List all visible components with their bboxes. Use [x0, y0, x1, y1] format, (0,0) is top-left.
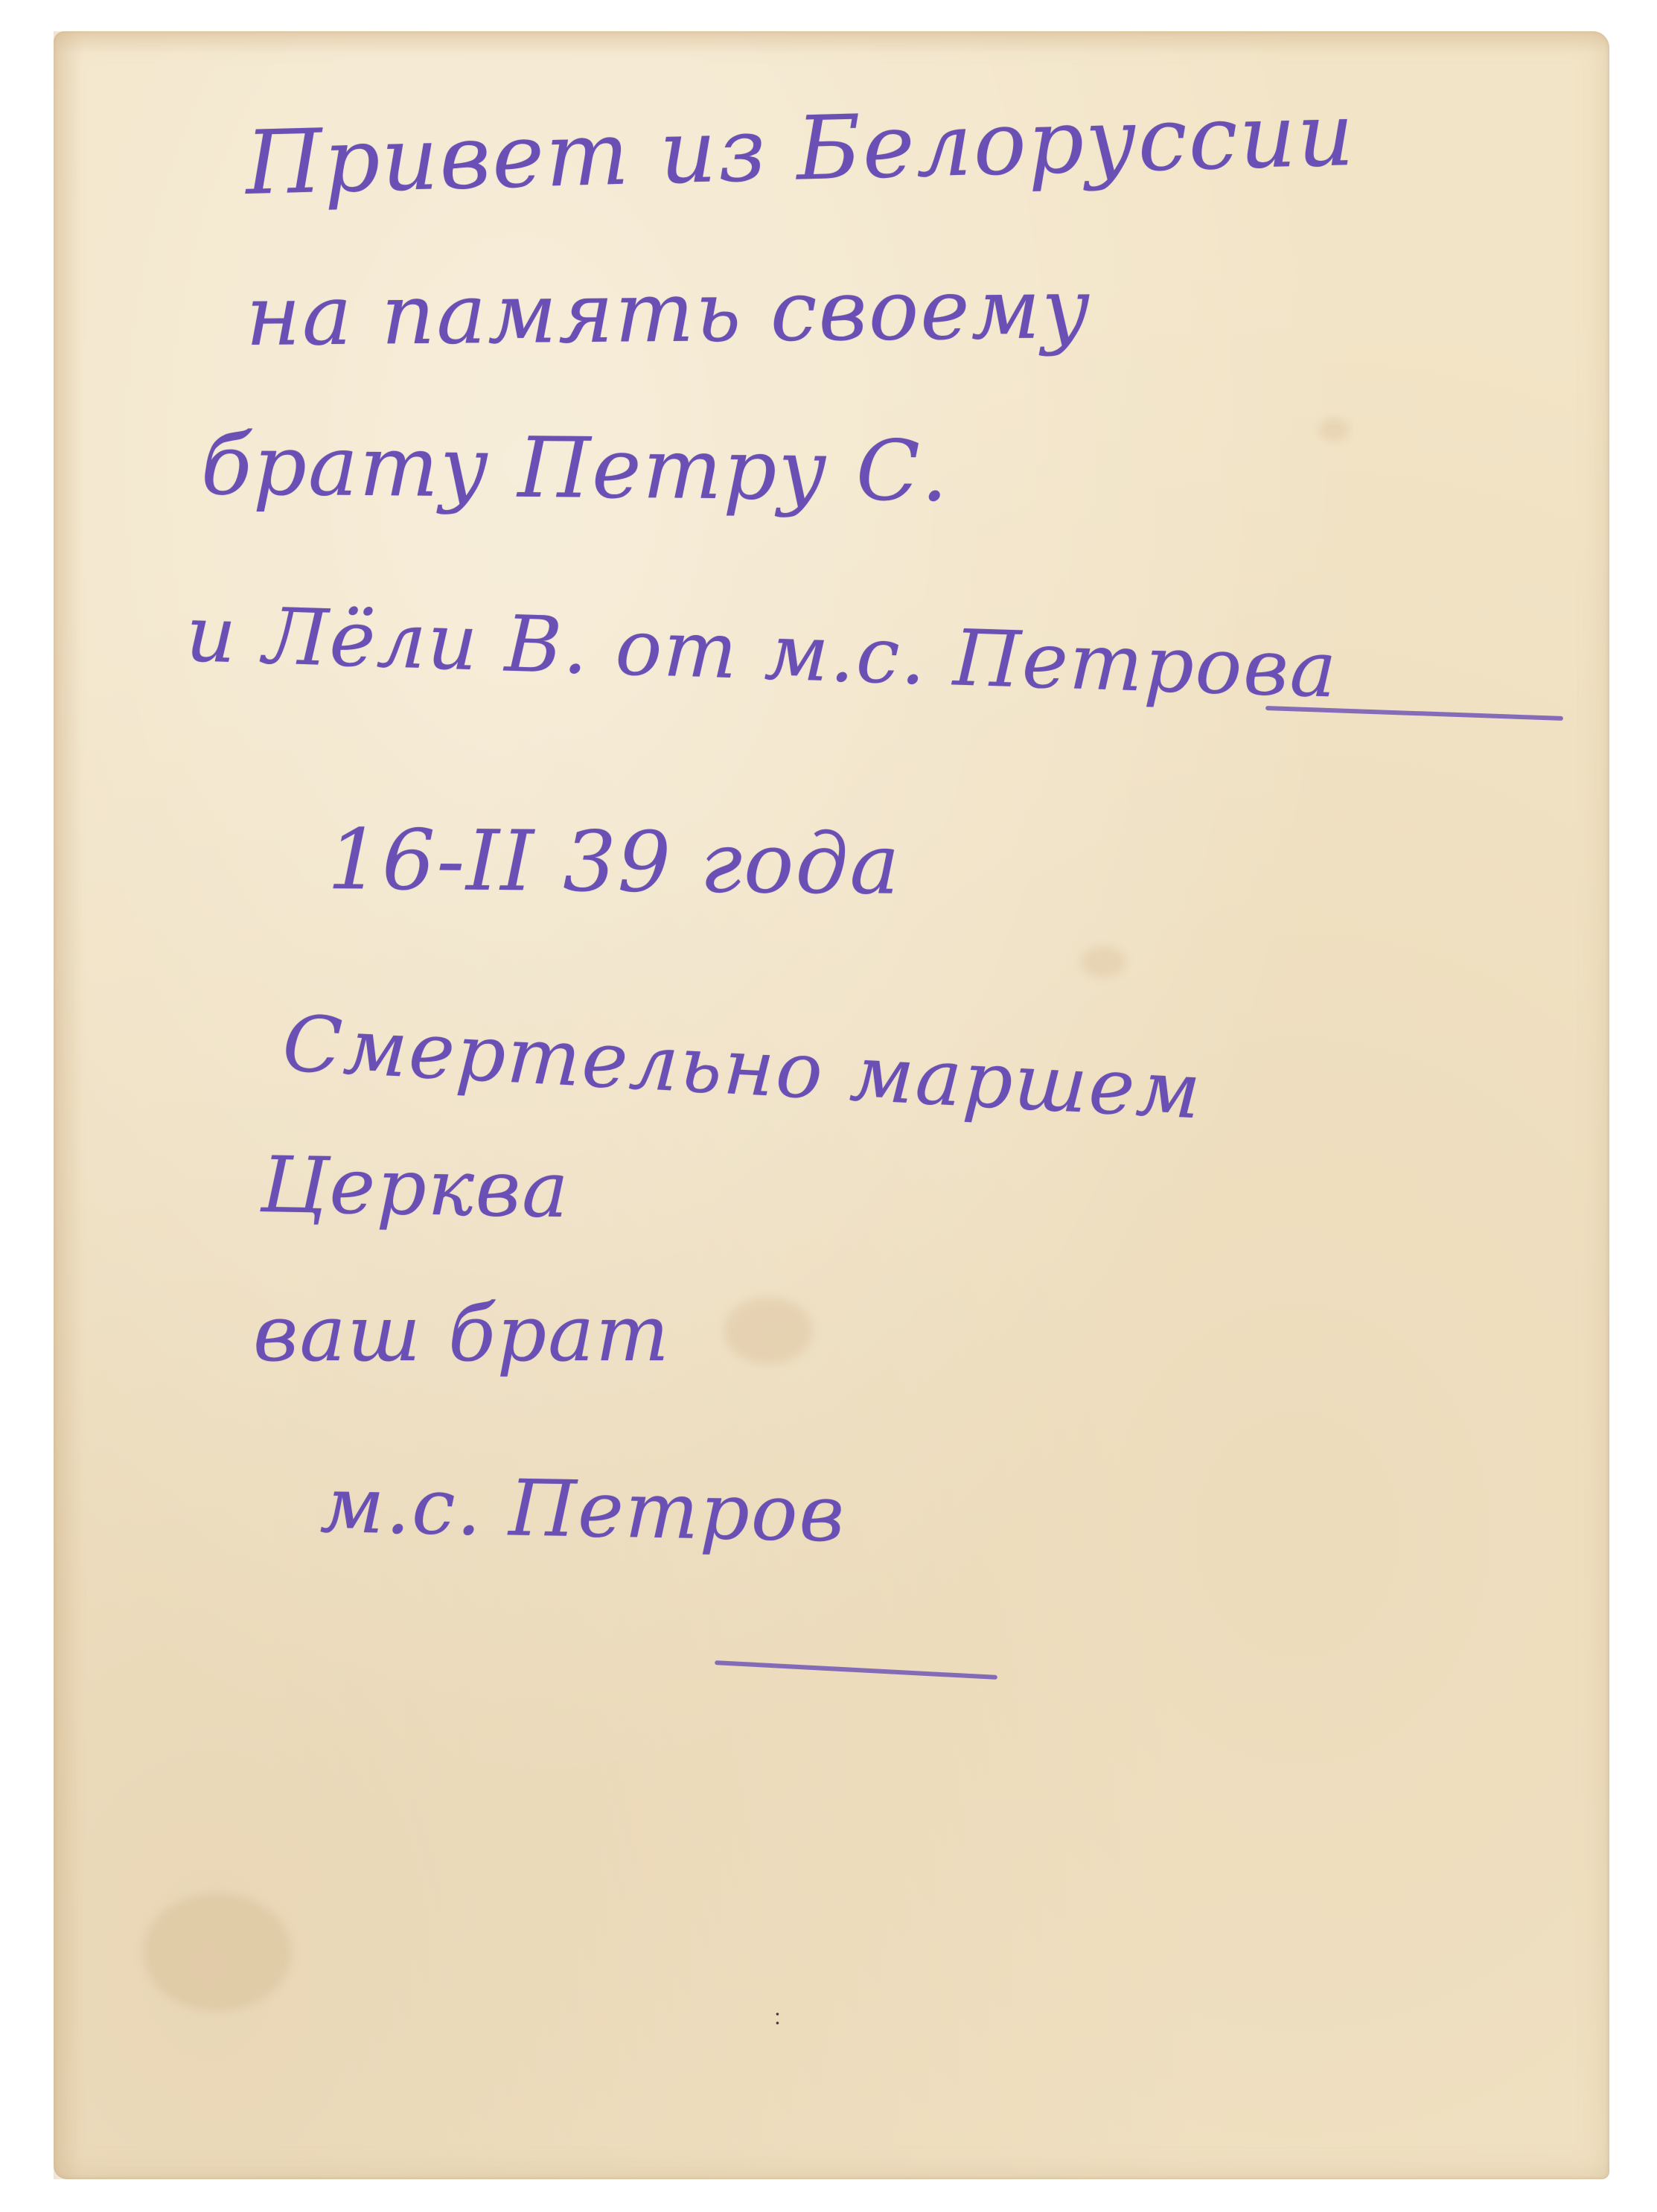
paper-stain: [1081, 947, 1126, 977]
paper-speck: ··: [774, 2010, 781, 2028]
handwritten-line-recipient: брату Петру С.: [200, 417, 949, 520]
handwritten-line-phrase-cont: Церква: [260, 1139, 571, 1235]
handwritten-line-closing: ваш брат: [253, 1288, 671, 1379]
paper-stain: [1319, 418, 1349, 441]
paper-stain: [724, 1297, 813, 1364]
handwritten-line-date: 16-II 39 года: [327, 812, 901, 914]
handwritten-line-signature: м.с. Петров: [319, 1459, 846, 1559]
handwritten-line-memory: на память своему: [245, 261, 1091, 365]
paper-stain: [143, 1893, 292, 2012]
